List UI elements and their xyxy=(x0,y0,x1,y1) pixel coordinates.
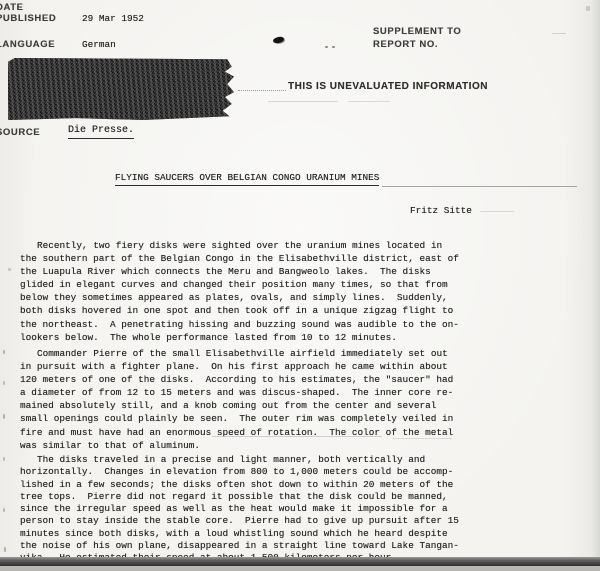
margin-speck-artifact xyxy=(3,381,5,385)
title-rule-extension xyxy=(382,186,577,187)
window-bottom-bar xyxy=(0,557,600,566)
redacted-block xyxy=(8,58,234,120)
scan-speck-artifact xyxy=(332,46,335,48)
margin-speck-artifact xyxy=(4,547,6,552)
supplement-to-label: SUPPLEMENT TO xyxy=(373,26,461,37)
margin-speck-artifact xyxy=(3,350,5,354)
date-published-value: 29 Mar 1952 xyxy=(82,13,144,24)
language-value: German xyxy=(82,39,116,50)
unevaluated-notice: THIS IS UNEVALUATED INFORMATION xyxy=(288,81,488,92)
scanned-report-page: DATE PUBLISHED 29 Mar 1952 LANGUAGE Germ… xyxy=(0,0,600,571)
byline: Fritz Sitte xyxy=(410,205,472,216)
published-label: PUBLISHED xyxy=(0,13,56,24)
source-value: Die Presse. xyxy=(68,125,134,139)
dotted-leader-line xyxy=(238,90,286,91)
scan-dash-artifact xyxy=(348,101,390,102)
paragraph-1: Recently, two fiery disks were sighted o… xyxy=(20,239,459,344)
page-edge-shadow xyxy=(591,0,600,571)
date-label: DATE xyxy=(0,2,24,13)
window-bottom-margin xyxy=(0,566,600,571)
margin-speck-artifact xyxy=(8,268,11,271)
margin-speck-artifact xyxy=(3,508,5,512)
scan-line-artifact xyxy=(212,436,382,437)
margin-speck-artifact xyxy=(3,457,5,461)
report-no-label: REPORT NO. xyxy=(373,39,438,50)
scan-speck-artifact xyxy=(586,6,590,11)
scan-dash-artifact xyxy=(268,101,338,102)
scan-line-artifact xyxy=(392,438,452,439)
paragraph-3: The disks traveled in a precise and ligh… xyxy=(20,454,459,565)
scan-dash-artifact xyxy=(480,211,514,212)
article-title: FLYING SAUCERS OVER BELGIAN CONGO URANIU… xyxy=(115,172,379,186)
ink-smudge-artifact xyxy=(273,36,285,43)
language-label: LANGUAGE xyxy=(0,39,55,50)
scan-dash-artifact xyxy=(552,33,566,34)
scan-speck-artifact xyxy=(325,46,328,48)
margin-speck-artifact xyxy=(3,414,5,419)
source-label: SOURCE xyxy=(0,127,40,138)
